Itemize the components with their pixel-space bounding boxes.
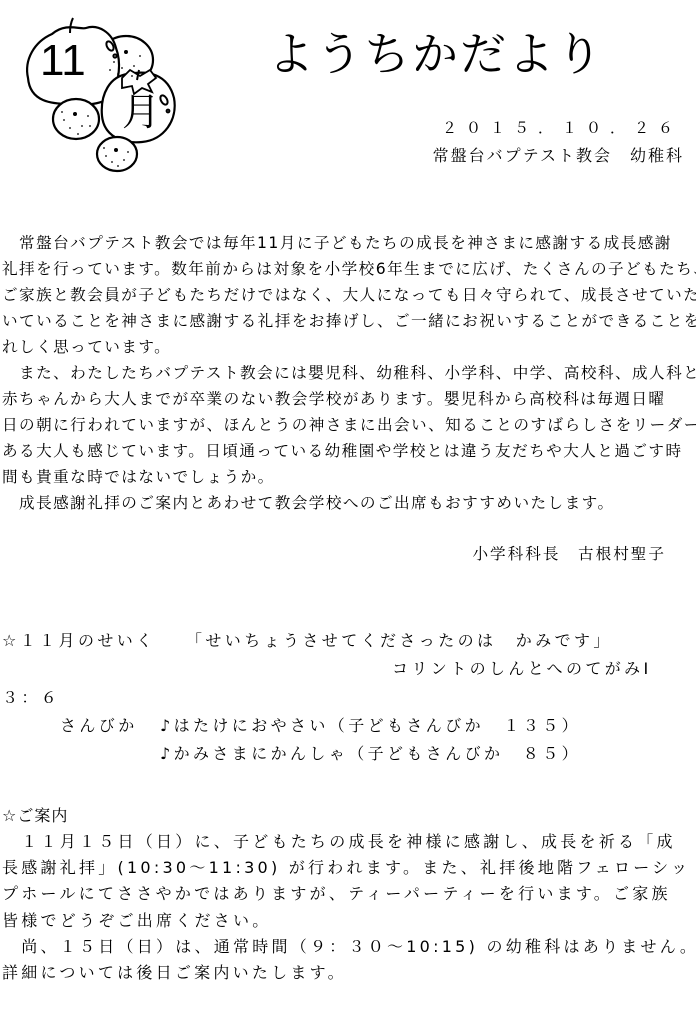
letter-line: れしく思っています。 xyxy=(2,334,692,360)
guide-line: 皆様でどうぞご出席ください。 xyxy=(2,908,692,934)
fruit-illustration: 11 月 xyxy=(18,8,188,173)
letter-line: 日の朝に行われていますが、ほんとうの神さまに出会い、知ることのすばらしさをリーダ… xyxy=(2,412,692,438)
verse-heading: ☆１１月のせいく xyxy=(2,628,156,654)
month-number: 11 xyxy=(40,36,86,86)
guide-line: 長感謝礼拝」(10:30～11:30) が行われます。また、礼拝後地階フェローシ… xyxy=(2,855,692,881)
guide-line: １１月１５日（日）に、子どもたちの成長を神様に感謝し、成長を祈る「成 xyxy=(2,829,692,855)
letter-line: 赤ちゃんから大人までが卒業のない教会学校があります。嬰児科から高校科は毎週日曜 xyxy=(2,386,692,412)
fruit-illustration-icon xyxy=(18,8,188,173)
letter-line: 間も貴重な時ではないでしょうか。 xyxy=(2,464,692,490)
guide-line: 尚、１５日（日）は、通常時間（９：３０～10:15) の幼稚科はありません。 xyxy=(2,934,692,960)
letter-line: また、わたしたちバプテスト教会には嬰児科、幼稚科、小学科、中学、高校科、成人科と xyxy=(2,360,692,386)
letter-signature: 小学科科長 古根村聖子 xyxy=(472,541,666,567)
organization-name: 常盤台バプテスト教会 幼稚科 xyxy=(433,144,684,168)
guide-heading: ☆ご案内 xyxy=(2,803,68,829)
letter-line: ご家族と教会員が子どもたちだけではなく、大人になっても日々守られて、成長させてい… xyxy=(2,282,692,308)
letter-line: 成長感謝礼拝のご案内とあわせて教会学校へのご出席もおすすめいたします。 xyxy=(2,490,692,516)
letter-line: いていることを神さまに感謝する礼拝をお捧げし、ご一緒にお祝いすることができること… xyxy=(2,308,692,334)
hymn-item: ♪かみさまにかんしゃ（子どもさんびか ８５） xyxy=(160,741,581,767)
month-kanji: 月 xyxy=(122,90,160,134)
letter-line: 礼拝を行っています。数年前からは対象を小学校6年生までに広げ、たくさんの子どもた… xyxy=(2,256,692,282)
letter-line: 常盤台バプテスト教会では毎年11月に子どもたちの成長を神さまに感謝する成長感謝 xyxy=(2,230,692,256)
issue-date: ２０１５．１０．２６ xyxy=(442,118,682,138)
verse-reference-chapter: ３：６ xyxy=(2,685,60,711)
guide-line: プホールにてささやかではありますが、ティーパーティーを行います。ご家族 xyxy=(2,881,692,907)
hymn-item: ♪はたけにおやさい（子どもさんびか １３５） xyxy=(160,713,581,739)
newsletter-title: ようちかだより xyxy=(268,24,604,84)
hymn-label: さんびか xyxy=(60,713,138,739)
verse-reference: コリントのしんとへのてがみⅠ xyxy=(392,656,652,682)
guide-line: 詳細については後日ご案内いたします。 xyxy=(2,960,692,986)
letter-body: 常盤台バプテスト教会では毎年11月に子どもたちの成長を神さまに感謝する成長感謝 … xyxy=(2,230,692,516)
verse-text: 「せいちょうさせてくださったのは かみです」 xyxy=(186,628,613,654)
letter-line: ある大人も感じています。日頃通っている幼稚園や学校とは違う友だちや大人と過ごす時 xyxy=(2,438,692,464)
